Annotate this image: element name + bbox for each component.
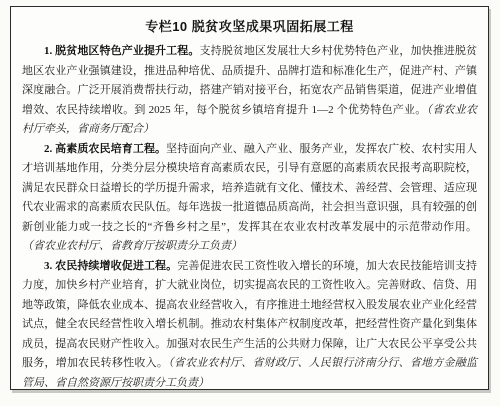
paragraph-income-growth: 3. 农民持续增收促进工程。完善促进农民工资性收入增长的环境，加大农民技能培训支… [22, 257, 477, 394]
paragraph-3-body: 完善促进农民工资性收入增长的环境，加大农民技能培训支持力度，加快乡村产业培育，扩… [22, 260, 477, 370]
paragraph-2-body: 坚持面向产业、融入产业、服务产业，发挥农广校、农村实用人才培训基地作用，分类分层… [22, 143, 477, 233]
paragraph-farmer-training: 2. 高素质农民培育工程。坚持面向产业、融入产业、服务产业，发挥农广校、农村实用… [22, 140, 477, 257]
paragraph-3-heading: 3. 农民持续增收促进工程。 [44, 260, 177, 272]
paragraph-1-heading: 1. 脱贫地区特色产业提升工程。 [44, 45, 199, 57]
paragraph-industry-upgrade: 1. 脱贫地区特色产业提升工程。支持脱贫地区发展壮大乡村优势特色产业，加快推进脱… [22, 42, 477, 140]
paragraph-2-heading: 2. 高素质农民培育工程。 [44, 143, 166, 155]
column-box: 专栏10 脱贫攻坚成果巩固拓展工程 1. 脱贫地区特色产业提升工程。支持脱贫地区… [10, 6, 489, 390]
paragraph-2-attribution: （省农业农村厅、省教育厅按职责分工负责） [22, 240, 242, 252]
panel-title: 专栏10 脱贫攻坚成果巩固拓展工程 [22, 16, 477, 38]
